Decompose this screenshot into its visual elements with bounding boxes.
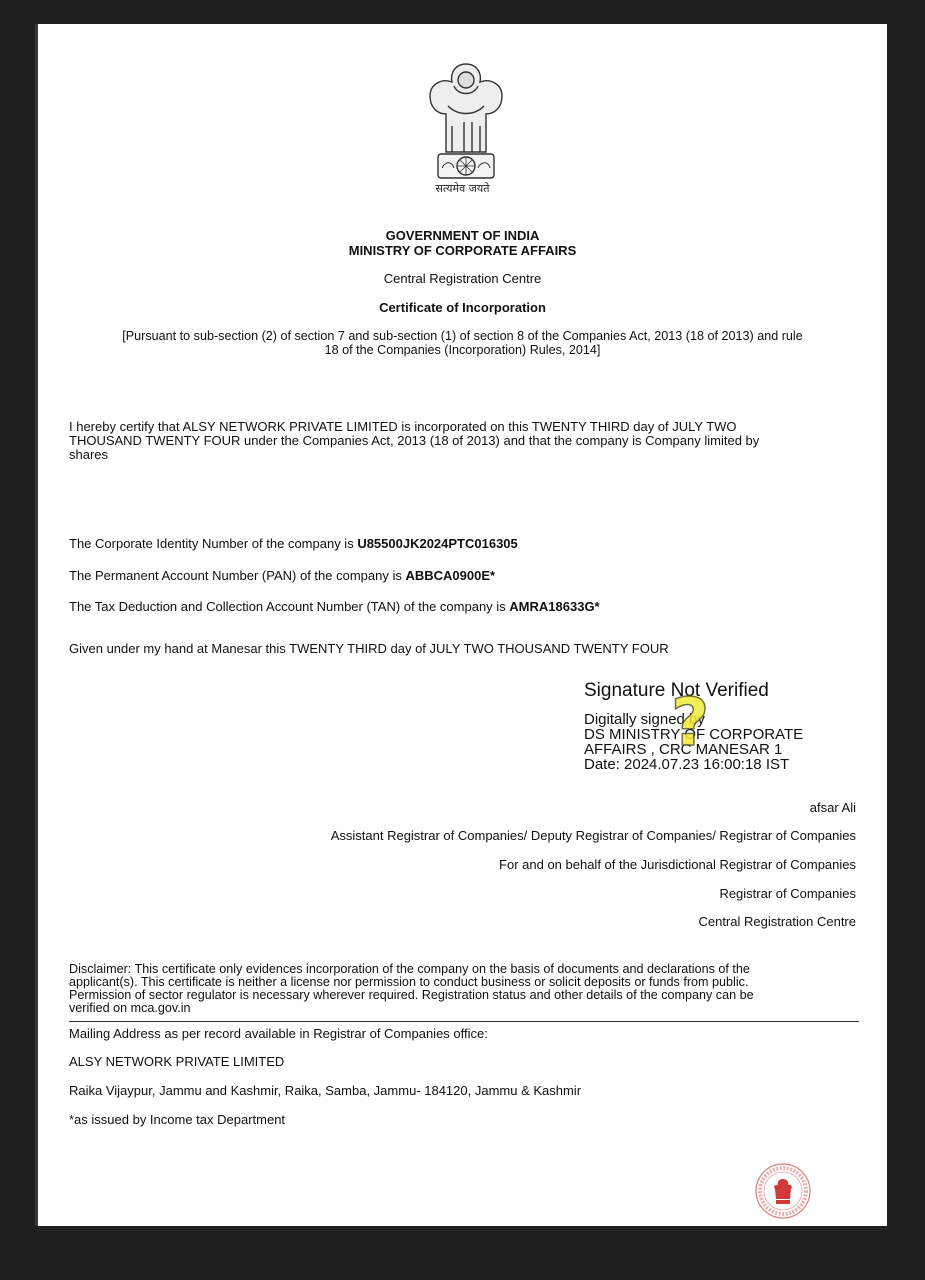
- cin-row: The Corporate Identity Number of the com…: [69, 537, 859, 550]
- certify-line-1: I hereby certify that ALSY NETWORK PRIVA…: [69, 420, 859, 433]
- signatory-office-2: Central Registration Centre: [698, 914, 856, 929]
- mailing-label: Mailing Address as per record available …: [69, 1027, 859, 1040]
- tax-note: *as issued by Income tax Department: [69, 1113, 859, 1126]
- header-office: Central Registration Centre: [38, 271, 887, 286]
- signatory-office-1: Registrar of Companies: [719, 886, 856, 901]
- disclaimer: Disclaimer: This certificate only eviden…: [69, 963, 859, 1015]
- tan-row: The Tax Deduction and Collection Account…: [69, 600, 859, 613]
- certificate-title: Certificate of Incorporation: [38, 300, 887, 315]
- given-under-hand: Given under my hand at Manesar this TWEN…: [69, 642, 859, 655]
- certify-line-3: shares: [69, 448, 859, 461]
- pursuant-line-2: 18 of the Companies (Incorporation) Rule…: [38, 343, 887, 358]
- certify-line-2: THOUSAND TWENTY FOUR under the Companies…: [69, 434, 859, 447]
- emblem-motto: सत्यमेव जयते: [38, 181, 887, 196]
- mca-seal-icon: [754, 1162, 812, 1220]
- signatory-designation: Assistant Registrar of Companies/ Deputy…: [331, 828, 856, 843]
- pan-label: The Permanent Account Number (PAN) of th…: [69, 568, 405, 583]
- signatory-name: afsar Ali: [810, 800, 856, 815]
- question-mark-icon: ?: [671, 684, 709, 761]
- pan-value: ABBCA0900E*: [405, 568, 495, 583]
- cin-value: U85500JK2024PTC016305: [357, 536, 517, 551]
- header-government: GOVERNMENT OF INDIA: [38, 228, 887, 243]
- pan-row: The Permanent Account Number (PAN) of th…: [69, 569, 859, 582]
- mailing-address: Raika Vijaypur, Jammu and Kashmir, Raika…: [69, 1084, 859, 1097]
- tan-label: The Tax Deduction and Collection Account…: [69, 599, 509, 614]
- certificate-page: सत्यमेव जयते GOVERNMENT OF INDIA MINISTR…: [38, 24, 887, 1226]
- disclaimer-line-4: verified on mca.gov.in: [69, 1002, 859, 1015]
- signatory-behalf: For and on behalf of the Jurisdictional …: [499, 857, 856, 872]
- header-ministry: MINISTRY OF CORPORATE AFFAIRS: [38, 243, 887, 258]
- tan-value: AMRA18633G*: [509, 599, 599, 614]
- cin-label: The Corporate Identity Number of the com…: [69, 536, 357, 551]
- pursuant-line-1: [Pursuant to sub-section (2) of section …: [38, 329, 887, 344]
- mailing-company: ALSY NETWORK PRIVATE LIMITED: [69, 1055, 859, 1068]
- divider: [69, 1021, 859, 1022]
